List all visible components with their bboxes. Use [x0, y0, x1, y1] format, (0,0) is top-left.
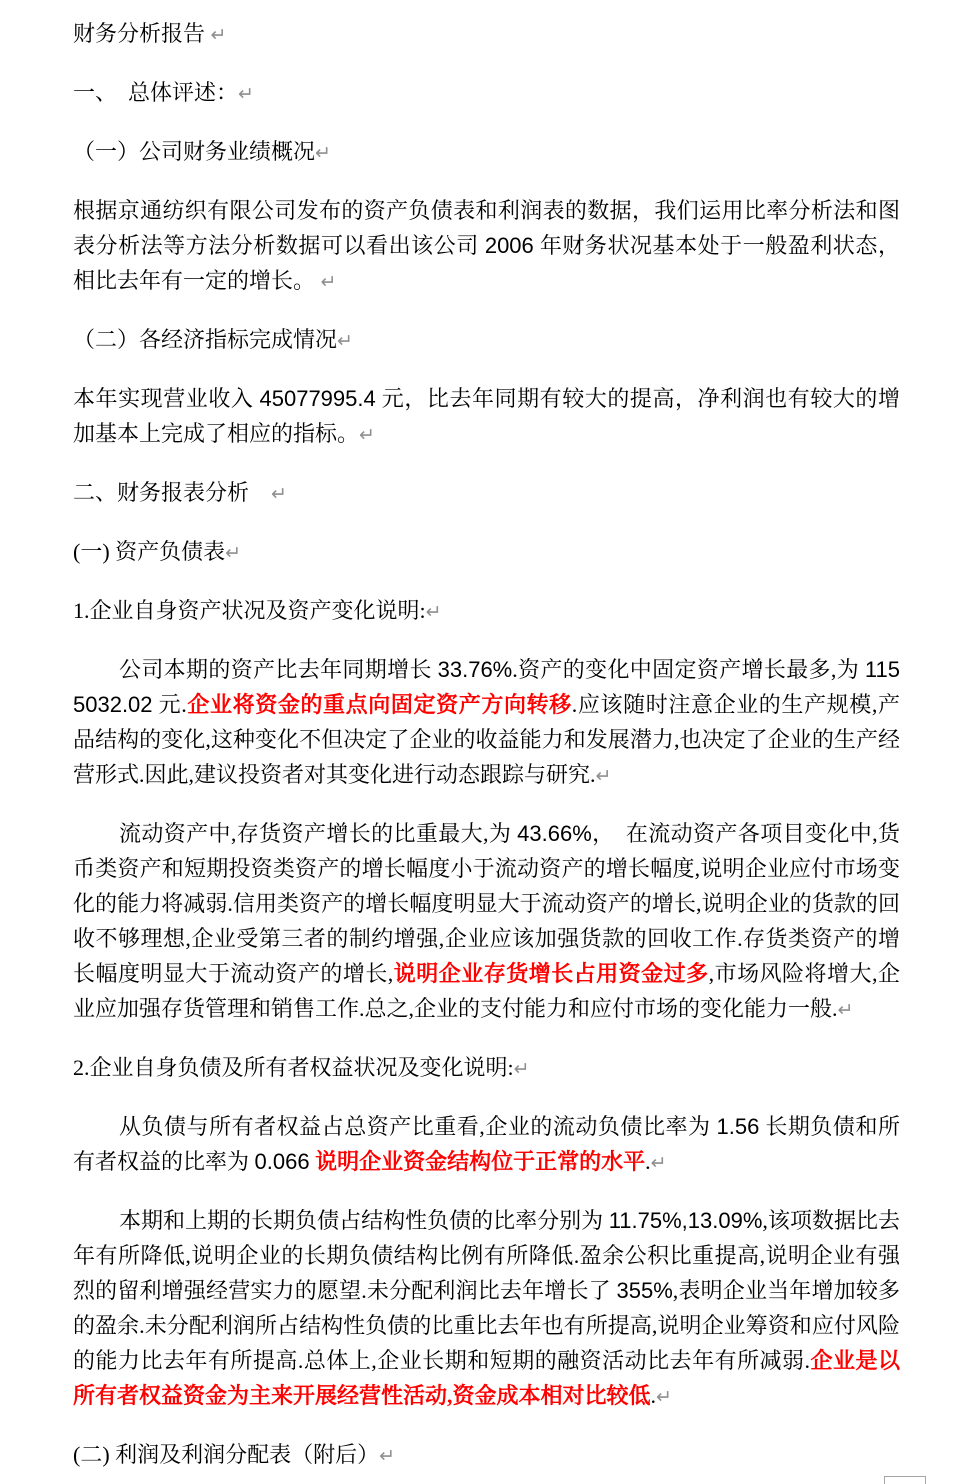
- text-run: 本年实现营业收入: [73, 386, 260, 411]
- numeric-value: 45077995.4: [260, 386, 376, 411]
- heading-2-statement-analysis: 二、财务报表分析 ↵: [73, 475, 900, 512]
- text-run: （二）各经济指标完成情况: [73, 327, 337, 352]
- cutoff-frame-outline: [884, 1476, 926, 1484]
- text-run: 从负债与所有者权益占总资产比重看,企业的流动负债比率为: [119, 1114, 717, 1139]
- text-run: 1.企业自身资产状况及资产变化说明:: [73, 598, 426, 623]
- emphasis-red-text: 说明企业存货增长占用资金过多: [393, 961, 708, 986]
- numeric-value: 33.76%: [438, 657, 513, 682]
- numeric-value: 1.56: [717, 1114, 760, 1139]
- text-run: (二) 利润及利润分配表（附后）: [73, 1442, 379, 1467]
- document-page: { "page": { "background": "#ffffff", "te…: [0, 0, 973, 1484]
- paragraph-mark-icon: ↵: [359, 425, 375, 446]
- document-body: 财务分析报告 ↵ 一、 总体评述：↵ （一）公司财务业绩概况↵ 根据京通纺织有限…: [0, 0, 973, 1474]
- paragraph-mark-icon: ↵: [596, 766, 612, 787]
- paragraph-mark-icon: ↵: [211, 25, 227, 46]
- text-run: 流动资产中,存货资产增长的比重最大,为: [119, 821, 517, 846]
- text-run: 财务分析报告: [73, 21, 211, 46]
- para-liability-ratio: 从负债与所有者权益占总资产比重看,企业的流动负债比率为 1.56 长期负债和所有…: [73, 1109, 900, 1181]
- para-asset-change: 公司本期的资产比去年同期增长 33.76%.资产的变化中固定资产增长最多,为 1…: [73, 652, 900, 794]
- text-run: 2.企业自身负债及所有者权益状况及变化说明:: [73, 1055, 514, 1080]
- paragraph-mark-icon: ↵: [225, 543, 241, 564]
- numeric-value: 11.75%,13.09%: [609, 1208, 763, 1233]
- heading-2-2-profit-distribution: (二) 利润及利润分配表（附后）↵: [73, 1437, 900, 1474]
- text-run: 本期和上期的长期负债占结构性负债的比率分别为: [119, 1208, 609, 1233]
- paragraph-mark-icon: ↵: [656, 1387, 672, 1408]
- heading-1-overall-review: 一、 总体评述：↵: [73, 75, 900, 112]
- text-run: 元.: [153, 692, 187, 717]
- paragraph-mark-icon: ↵: [651, 1153, 667, 1174]
- numeric-value: 355%: [616, 1278, 672, 1303]
- para-company-overview: 根据京通纺织有限公司发布的资产负债表和利润表的数据，我们运用比率分析法和图表分析…: [73, 193, 900, 300]
- para-revenue: 本年实现营业收入 45077995.4 元，比去年同期有较大的提高，净利润也有较…: [73, 381, 900, 453]
- doc-title: 财务分析报告 ↵: [73, 16, 900, 53]
- paragraph-mark-icon: ↵: [337, 331, 353, 352]
- text-run: 公司本期的资产比去年同期增长: [119, 657, 438, 682]
- paragraph-mark-icon: ↵: [271, 484, 287, 505]
- paragraph-mark-icon: ↵: [238, 84, 254, 105]
- paragraph-mark-icon: ↵: [426, 602, 442, 623]
- text-run: .资产的变化中固定资产增长最多,为: [512, 657, 865, 682]
- paragraph-mark-icon: ↵: [514, 1059, 530, 1080]
- text-run: （一）公司财务业绩概况: [73, 139, 315, 164]
- paragraph-mark-icon: ↵: [379, 1446, 395, 1467]
- text-run: 二、财务报表分析: [73, 480, 271, 505]
- emphasis-red-text: 企业将资金的重点向固定资产方向转移: [187, 692, 572, 717]
- heading-1-2-economic-indicators: （二）各经济指标完成情况↵: [73, 322, 900, 359]
- heading-1-1-company-performance: （一）公司财务业绩概况↵: [73, 134, 900, 171]
- heading-asset-status: 1.企业自身资产状况及资产变化说明:↵: [73, 593, 900, 630]
- numeric-value: 43.66%: [517, 821, 592, 846]
- text-run: 一、 总体评述：: [73, 80, 238, 105]
- text-run: (一) 资产负债表: [73, 539, 225, 564]
- numeric-value: 2006: [485, 233, 534, 258]
- heading-2-1-balance-sheet: (一) 资产负债表↵: [73, 534, 900, 571]
- emphasis-red-text: 说明企业资金结构位于正常的水平: [315, 1149, 645, 1174]
- paragraph-mark-icon: ↵: [838, 1000, 854, 1021]
- heading-liability-equity: 2.企业自身负债及所有者权益状况及变化说明:↵: [73, 1050, 900, 1087]
- paragraph-mark-icon: ↵: [315, 143, 331, 164]
- paragraph-mark-icon: ↵: [321, 272, 337, 293]
- para-current-assets: 流动资产中,存货资产增长的比重最大,为 43.66%， 在流动资产各项目变化中,…: [73, 816, 900, 1028]
- numeric-value: 0.066: [255, 1149, 310, 1174]
- para-long-term-debt: 本期和上期的长期负债占结构性负债的比率分别为 11.75%,13.09%,该项数…: [73, 1203, 900, 1415]
